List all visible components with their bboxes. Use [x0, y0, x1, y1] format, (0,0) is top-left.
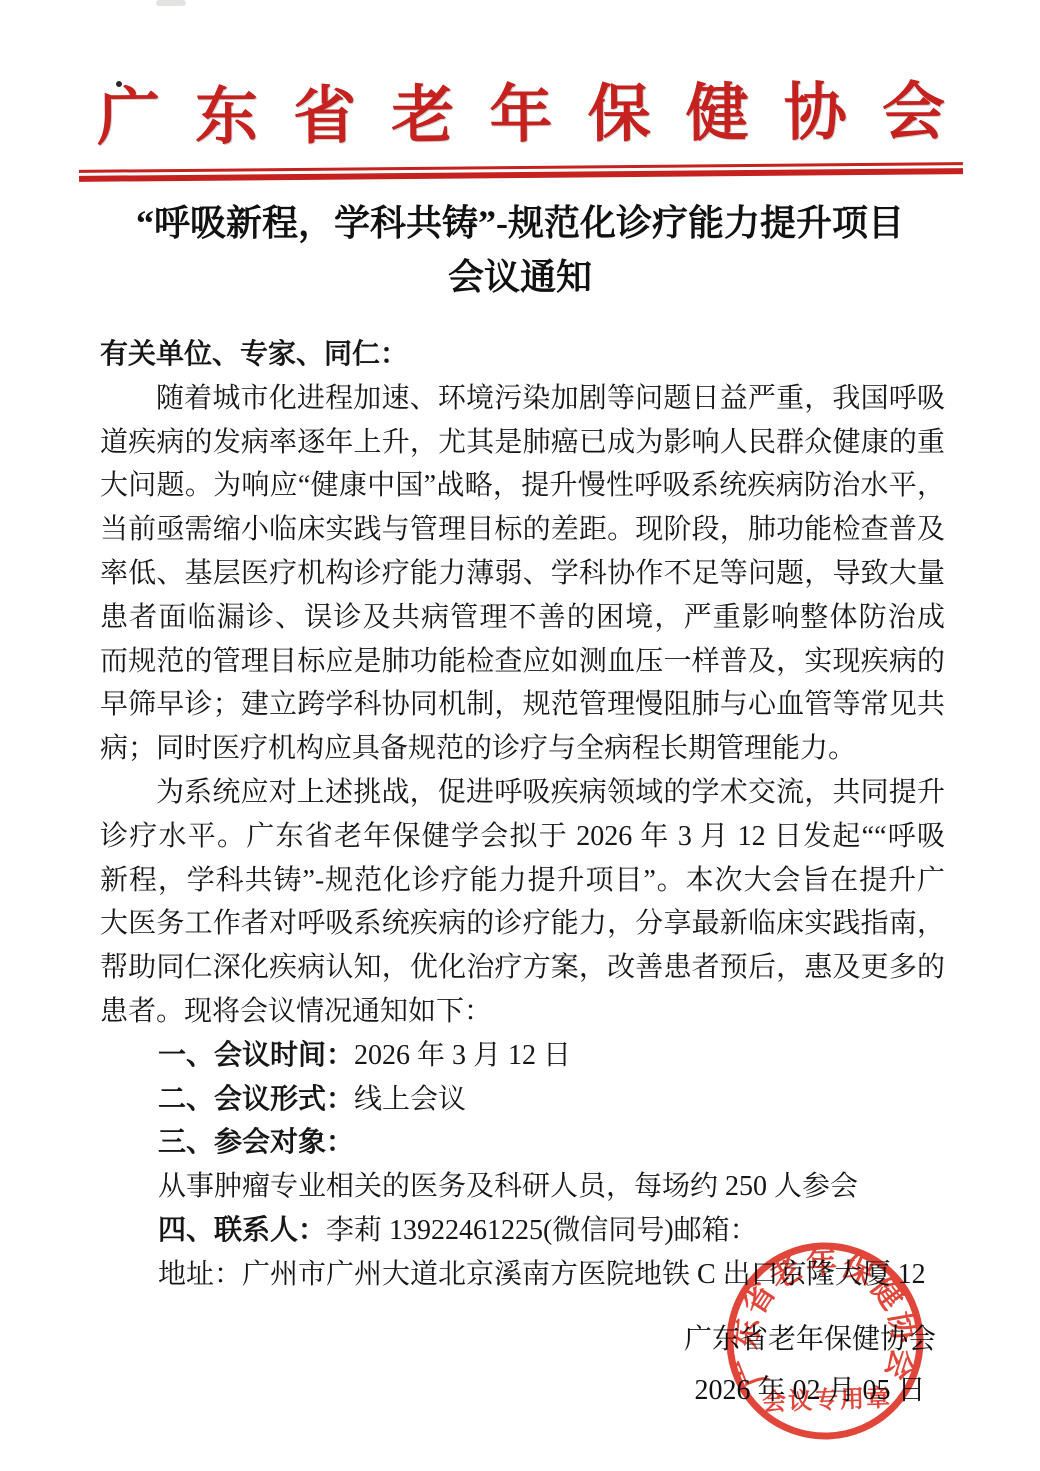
- org-name-char: 保: [587, 83, 650, 146]
- meeting-time-item: 一、会议时间：2026 年 3 月 12 日: [100, 1034, 945, 1078]
- text-line: 大问题。为响应“健康中国”战略，提升慢性呼吸系统疾病防治水平，: [100, 464, 945, 508]
- org-name-char: 健: [686, 82, 749, 145]
- document-title-line2: 会议通知: [0, 250, 1040, 304]
- document-page: 广东省老年保健协会 “呼吸新程，学科共铸”-规范化诊疗能力提升项目 会议通知 有…: [0, 0, 1040, 1471]
- stamp-purpose-text: 会议专用章: [762, 1384, 893, 1417]
- meeting-audience-item: 三、参会对象：: [100, 1121, 945, 1165]
- text-line: 而规范的管理目标应是肺功能检查应如测血压一样普及，实现疾病的: [100, 640, 945, 684]
- org-name-char: 协: [784, 82, 847, 145]
- document-body: 有关单位、专家、同仁： 随着城市化进程加速、环境污染加剧等问题日益严重，我国呼吸…: [100, 333, 945, 1297]
- text-line: 诊疗水平。广东省老年保健学会拟于 2026 年 3 月 12 日发起““呼吸: [100, 815, 945, 859]
- text-line: 为系统应对上述挑战，促进呼吸疾病领域的学术交流，共同提升: [100, 771, 945, 815]
- text-line: 大医务工作者对呼吸系统疾病的诊疗能力，分享最新临床实践指南，: [100, 902, 945, 946]
- text-line: 随着城市化进程加速、环境污染加剧等问题日益严重，我国呼吸: [100, 377, 945, 421]
- stamp-org-arc-text: 广东省老年保健协会: [724, 1242, 924, 1392]
- document-title-line1: “呼吸新程，学科共铸”-规范化诊疗能力提升项目: [0, 196, 1040, 250]
- org-name-char: 老: [391, 84, 454, 147]
- meeting-format-item: 二、会议形式：线上会议: [100, 1078, 945, 1122]
- text-line: 率低、基层医疗机构诊疗能力薄弱、学科协作不足等问题，导致大量: [100, 552, 945, 596]
- paragraph-background: 随着城市化进程加速、环境污染加剧等问题日益严重，我国呼吸道疾病的发病率逐年上升，…: [100, 377, 945, 771]
- text-line: 新程，学科共铸”-规范化诊疗能力提升项目”。本次大会旨在提升广: [100, 859, 945, 903]
- org-name-char: 年: [489, 84, 552, 147]
- meeting-format-label: 二、会议形式：: [158, 1084, 354, 1115]
- scan-smudge: [156, 0, 186, 6]
- org-name-char: 省: [293, 85, 356, 148]
- text-line: 道疾病的发病率逐年上升，尤其是肺癌已成为影响人民群众健康的重: [100, 421, 945, 465]
- text-line: 帮助同仁深化疾病认知，优化治疗方案，改善患者预后，惠及更多的: [100, 946, 945, 990]
- greeting-line: 有关单位、专家、同仁：: [100, 333, 945, 377]
- contact-text: 李莉 13922461225(微信同号)邮箱：: [326, 1215, 758, 1246]
- meeting-time-value: 2026 年 3 月 12 日: [354, 1040, 571, 1071]
- meeting-format-value: 线上会议: [354, 1084, 466, 1115]
- meeting-audience-label: 三、参会对象：: [158, 1127, 354, 1158]
- official-seal-stamp: 广东省老年保健协会 会议专用章: [718, 1234, 931, 1447]
- org-name-char: 广: [97, 87, 160, 150]
- text-line: 患者面临漏诊、误诊及共病管理不善的困境，严重影响整体防治成效。: [100, 596, 945, 640]
- org-masthead: 广东省老年保健协会: [97, 81, 945, 150]
- contact-label: 四、联系人：: [158, 1215, 326, 1246]
- org-name-char: 会: [882, 81, 945, 144]
- meeting-time-label: 一、会议时间：: [158, 1040, 354, 1071]
- paragraph-purpose: 为系统应对上述挑战，促进呼吸疾病领域的学术交流，共同提升诊疗水平。广东省老年保健…: [100, 771, 945, 1034]
- text-line: 患者。现将会议情况通知如下：: [100, 990, 945, 1034]
- document-title: “呼吸新程，学科共铸”-规范化诊疗能力提升项目 会议通知: [0, 196, 1040, 304]
- org-name-char: 东: [195, 86, 258, 149]
- attendees-line: 从事肿瘤专业相关的医务及科研人员，每场约 250 人参会: [100, 1165, 945, 1209]
- masthead-rule: [79, 162, 963, 182]
- text-line: 早筛早诊；建立跨学科协同机制，规范管理慢阻肺与心血管等常见共: [100, 683, 945, 727]
- text-line: 当前亟需缩小临床实践与管理目标的差距。现阶段，肺功能检查普及: [100, 508, 945, 552]
- text-line: 病；同时医疗机构应具备规范的诊疗与全病程长期管理能力。: [100, 727, 945, 771]
